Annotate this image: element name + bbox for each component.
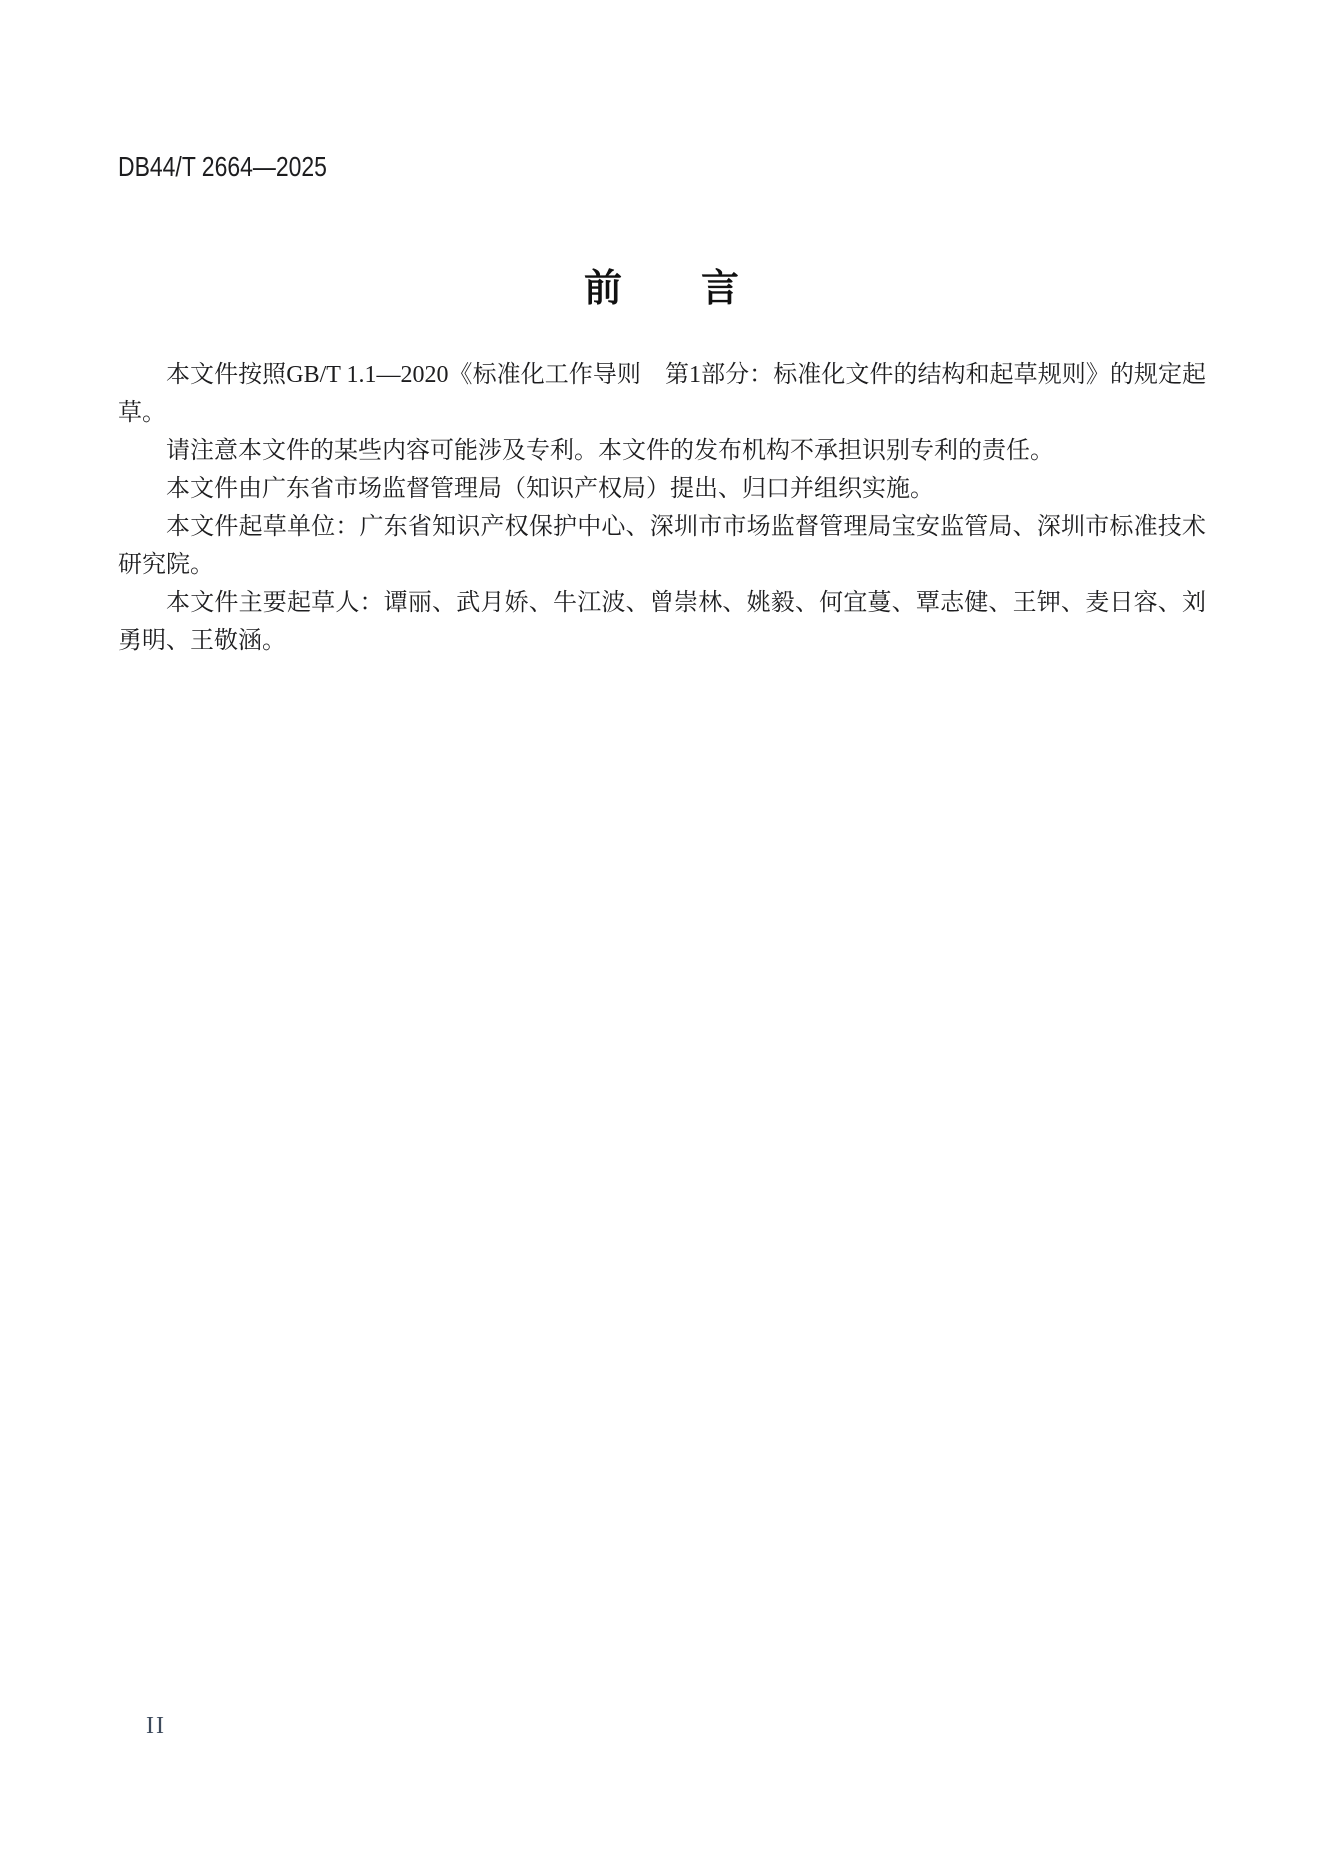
page-number: II [146, 1712, 166, 1740]
document-page: DB44/T 2664—2025 前 言 本文件按照GB/T 1.1—2020《… [0, 0, 1323, 1871]
paragraph-proposing-body: 本文件由广东省市场监督管理局（知识产权局）提出、归口并组织实施。 [118, 470, 1206, 508]
paragraph-main-drafters: 本文件主要起草人：谭丽、武月娇、牛江波、曾崇林、姚毅、何宜蔓、覃志健、王钾、麦日… [118, 584, 1206, 660]
foreword-body: 本文件按照GB/T 1.1—2020《标准化工作导则 第1部分：标准化文件的结构… [118, 356, 1206, 660]
paragraph-drafting-organizations: 本文件起草单位：广东省知识产权保护中心、深圳市市场监督管理局宝安监管局、深圳市标… [118, 508, 1206, 584]
paragraph-drafting-rules: 本文件按照GB/T 1.1—2020《标准化工作导则 第1部分：标准化文件的结构… [118, 356, 1206, 432]
document-code: DB44/T 2664—2025 [118, 152, 327, 182]
paragraph-patent-notice: 请注意本文件的某些内容可能涉及专利。本文件的发布机构不承担识别专利的责任。 [118, 432, 1206, 470]
foreword-title: 前 言 [118, 266, 1206, 312]
